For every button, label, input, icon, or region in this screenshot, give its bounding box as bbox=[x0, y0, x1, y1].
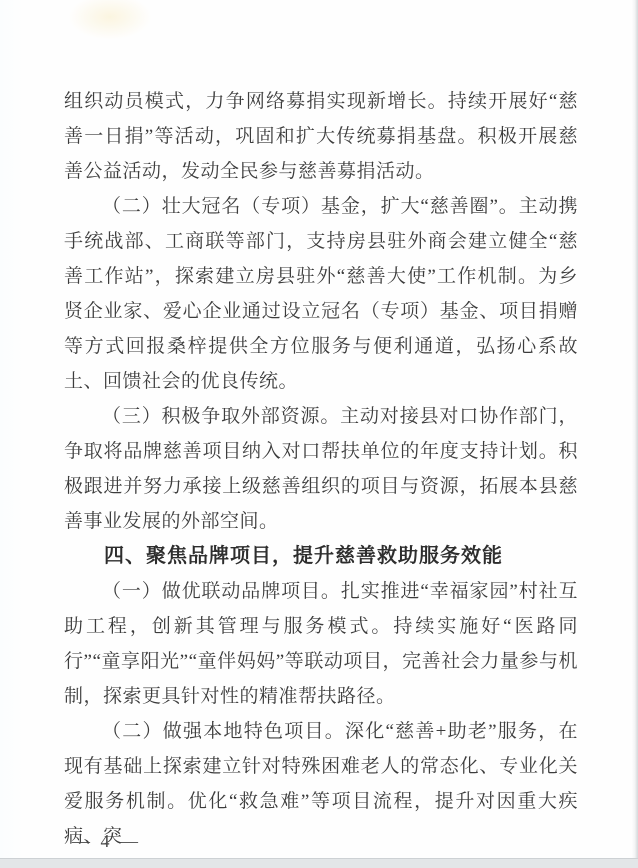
page-number: — 4 — bbox=[72, 831, 141, 852]
paragraph-item-2: （二）壮大冠名（专项）基金，扩大“慈善圈”。主动携手统战部、工商联等部门，支持房… bbox=[64, 189, 578, 399]
scanned-page: 组织动员模式，力争网络募捐实现新增长。持续开展好“慈善一日捐”等活动，巩固和扩大… bbox=[0, 0, 638, 868]
section-heading-4: 四、聚焦品牌项目，提升慈善救助服务效能 bbox=[64, 539, 578, 574]
paragraph-item-1-after-heading: （一）做优联动品牌项目。扎实推进“幸福家园”村社互助工程，创新其管理与服务模式。… bbox=[64, 574, 578, 714]
paragraph-item-2-after-heading: （二）做强本地特色项目。深化“慈善+助老”服务，在现有基础上探索建立针对特殊困难… bbox=[64, 714, 578, 854]
scan-edge-bottom bbox=[0, 858, 638, 868]
paragraph-item-3: （三）积极争取外部资源。主动对接县对口协作部门，争取将品牌慈善项目纳入对口帮扶单… bbox=[64, 399, 578, 539]
scan-smudge-artifact bbox=[68, 0, 152, 40]
document-body: 组织动员模式，力争网络募捐实现新增长。持续开展好“慈善一日捐”等活动，巩固和扩大… bbox=[64, 84, 578, 854]
paragraph-continuation: 组织动员模式，力争网络募捐实现新增长。持续开展好“慈善一日捐”等活动，巩固和扩大… bbox=[64, 84, 578, 189]
